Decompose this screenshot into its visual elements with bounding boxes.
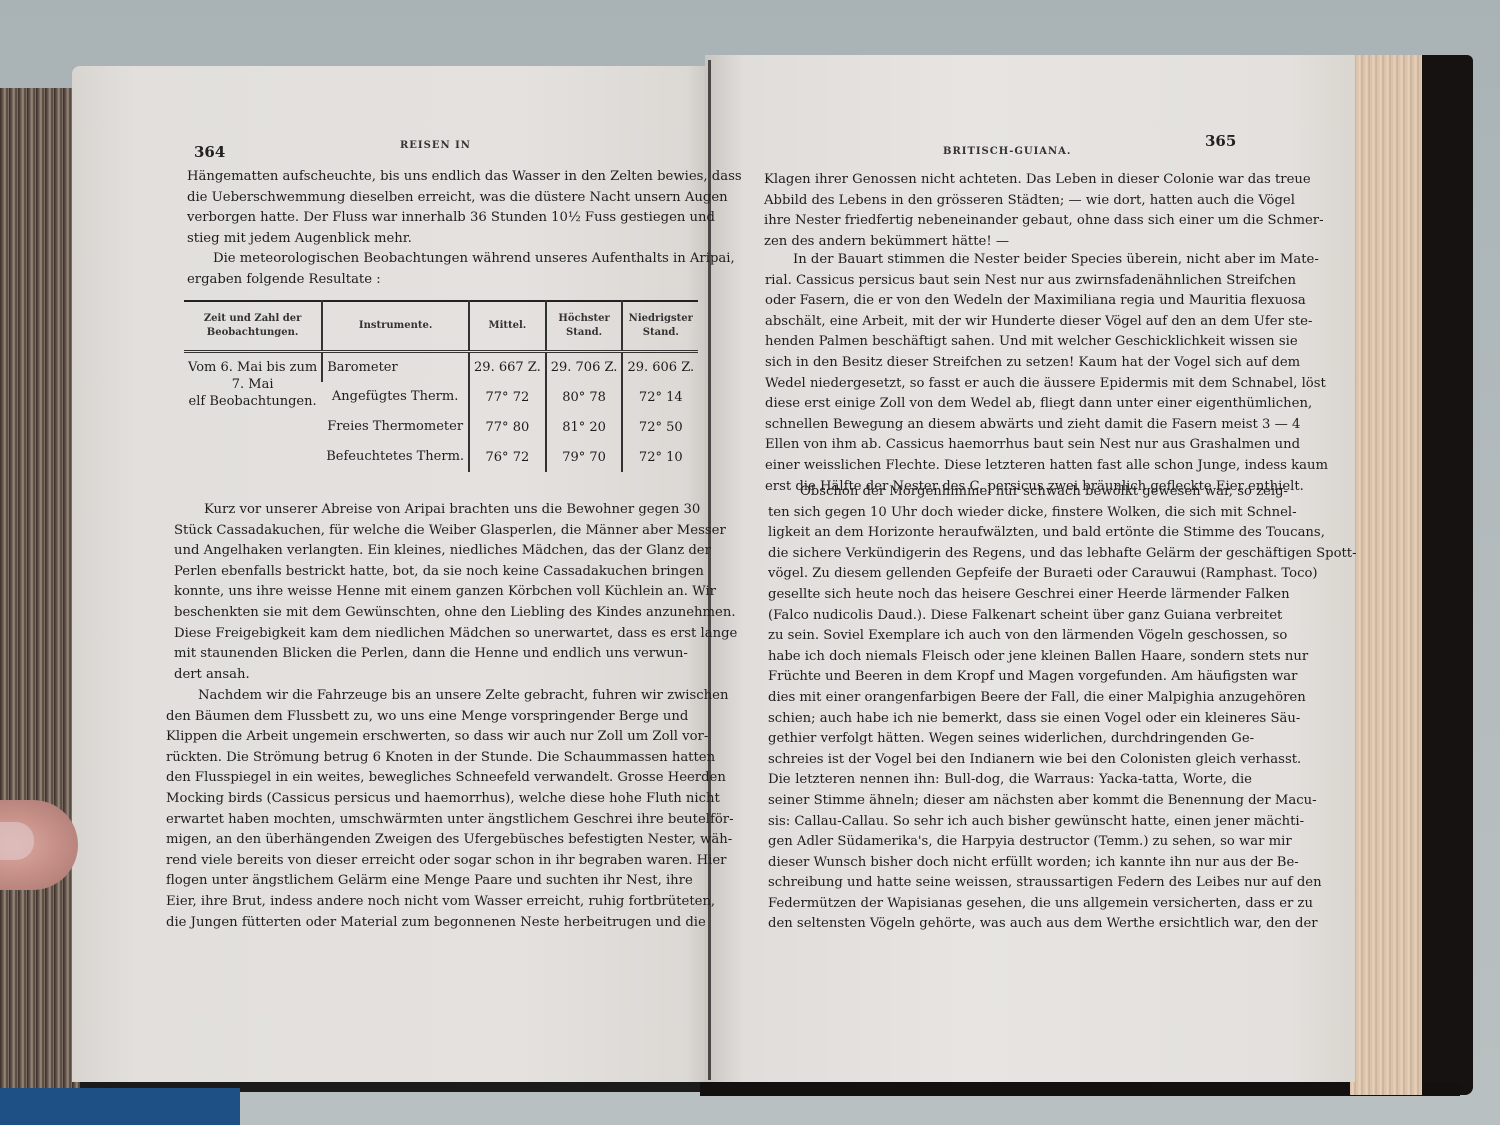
table-header-row: Zeit und Zahl der Beobachtungen. Instrum… [184,301,698,352]
mean-cell: 77° 80 [469,412,546,442]
highest-cell: 80° 78 [546,382,623,412]
col-header-instruments: Instrumente. [322,301,469,352]
table-row: Vom 6. Mai bis zum 7. Mai elf Beobachtun… [184,352,698,383]
thumbnail [0,822,34,860]
col-header-mean: Mittel. [469,301,546,352]
left-para-3: Kurz vor unserer Abreise von Aripai brac… [174,500,658,685]
lowest-cell: 72° 10 [622,442,698,472]
left-page-edges [0,88,80,1088]
meteorological-table: Zeit und Zahl der Beobachtungen. Instrum… [184,300,698,472]
right-para-2: In der Bauart stimmen die Nester beider … [765,250,1240,497]
period-cell: Vom 6. Mai bis zum 7. Mai elf Beobachtun… [184,352,322,473]
page-number-right: 365 [1205,132,1236,150]
lowest-cell: 72° 50 [622,412,698,442]
instrument-cell: Befeuchtetes Therm. [322,442,469,472]
right-page-edges [1350,55,1422,1095]
col-header-highest: Höchster Stand. [546,301,623,352]
right-para-3: Obschon der Morgenhimmel nur schwach bew… [768,482,1252,935]
highest-cell: 29. 706 Z. [546,352,623,383]
mean-cell: 77° 72 [469,382,546,412]
left-para-2: Die meteorologischen Beobachtungen währe… [187,249,660,290]
bottom-book-cover [700,1082,1460,1096]
right-para-1: Klagen ihrer Genossen nicht achteten. Da… [764,170,1234,252]
left-para-1: Hängematten aufscheuchte, bis uns endlic… [187,167,660,249]
lowest-cell: 72° 14 [622,382,698,412]
left-para-4: Nachdem wir die Fahrzeuge bis an unsere … [166,686,658,933]
running-head-right: BRITISCH-GUIANA. [943,146,1071,157]
instrument-cell: Freies Thermometer [322,412,469,442]
mean-cell: 29. 667 Z. [469,352,546,383]
page-number-left: 364 [194,143,225,161]
col-header-lowest: Niedrigster Stand. [622,301,698,352]
mean-cell: 76° 72 [469,442,546,472]
highest-cell: 79° 70 [546,442,623,472]
lowest-cell: 29. 606 Z. [622,352,698,383]
instrument-cell: Angefügtes Therm. [322,382,469,412]
instrument-cell: Barometer [322,352,469,383]
blue-object [0,1088,240,1125]
running-head-left: REISEN IN [400,140,471,151]
col-header-period: Zeit und Zahl der Beobachtungen. [184,301,322,352]
highest-cell: 81° 20 [546,412,623,442]
